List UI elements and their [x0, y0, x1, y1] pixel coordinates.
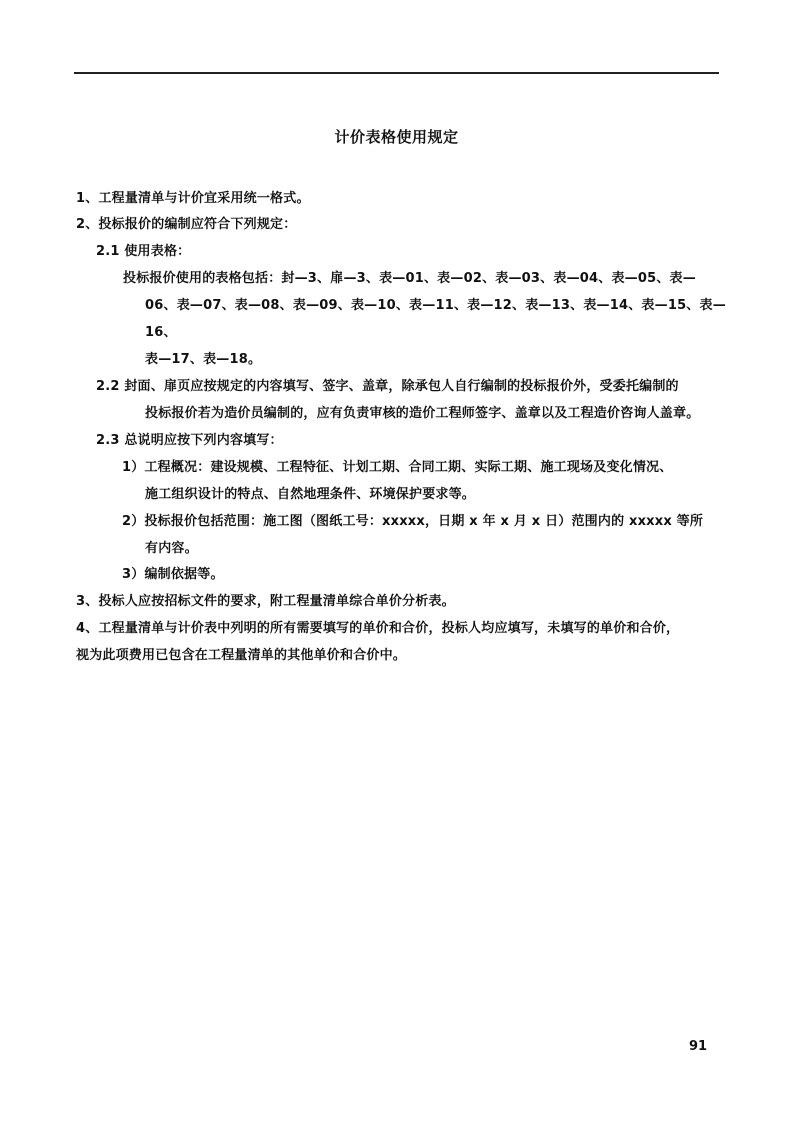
page-number: 91 [689, 1039, 707, 1054]
rule-item-2-1-text-cont: 06、表—07、表—08、表—09、表—10、表—11、表—12、表—13、表—… [145, 294, 726, 313]
rule-item-2-3: 2.3 总说明应按下列内容填写： [96, 429, 283, 448]
rule-item-2-2: 2.2 封面、扉页应按规定的内容填写、签字、盖章，除承包人自行编制的投标报价外，… [96, 375, 679, 394]
rule-item-2-3-2: 2）投标报价包括范围：施工图（图纸工号：xxxxx，日期 x 年 x 月 x 日… [122, 510, 703, 529]
rule-item-2-3-3: 3）编制依据等。 [122, 563, 224, 582]
rule-item-2: 2、投标报价的编制应符合下列规定： [76, 213, 296, 232]
rule-item-2-1-text-cont: 表—17、表—18。 [145, 348, 261, 367]
rule-item-2-3-1-cont: 施工组织设计的特点、自然地理条件、环境保护要求等。 [145, 483, 475, 502]
rule-item-4-cont: 视为此项费用已包含在工程量清单的其他单价和合价中。 [76, 644, 406, 663]
rule-item-2-3-2-cont: 有内容。 [145, 537, 198, 556]
rule-item-2-1: 2.1 使用表格： [96, 240, 190, 259]
rule-item-2-2-cont: 投标报价若为造价员编制的，应有负责审核的造价工程师签字、盖章以及工程造价咨询人盖… [145, 402, 699, 421]
rule-item-1: 1、工程量清单与计价宜采用统一格式。 [76, 187, 310, 206]
rule-item-2-1-text-cont: 16、 [145, 321, 177, 340]
page-title: 计价表格使用规定 [0, 126, 793, 147]
header-rule [74, 72, 719, 74]
rule-item-2-1-text: 投标报价使用的表格包括：封—3、扉—3、表—01、表—02、表—03、表—04、… [123, 267, 696, 286]
rule-item-4: 4、工程量清单与计价表中列明的所有需要填写的单价和合价，投标人均应填写，未填写的… [76, 617, 679, 636]
rule-item-3: 3、投标人应按招标文件的要求，附工程量清单综合单价分析表。 [76, 590, 455, 609]
rule-item-2-3-1: 1）工程概况：建设规模、工程特征、计划工期、合同工期、实际工期、施工现场及变化情… [122, 456, 672, 475]
